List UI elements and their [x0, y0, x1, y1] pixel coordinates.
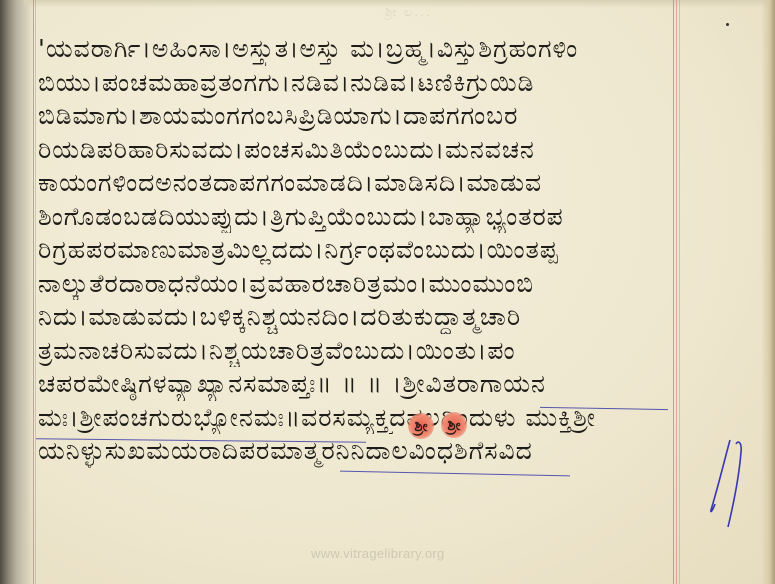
book-spine	[0, 0, 24, 584]
text-line-4: ರಿಯಡಿಪರಿಹಾರಿಸುವದು।ಪಂಚಸಮಿತಿಯೆಂಬುದು।ಮನವಚನ	[38, 133, 678, 167]
text-line-6: ಶಿಂಗೊಡಂಬಡದಿಯುಪ್ಪುದು।ತ್ರಿಗುಪ್ತಿಯೆಂಬುದು।ಬಾ…	[38, 200, 678, 234]
text-line-10: ತ್ರಮನಾಚರಿಸುವದು।ನಿಶ್ಚಯಚಾರಿತ್ರವೆಂಬುದು।ಯಿಂತ…	[38, 334, 678, 368]
text-line-7: ರಿಗ್ರಹಪರಮಾಣುಮಾತ್ರಮಿಲ್ಲದದು।ನಿರ್ಗ್ರಂಥವೆಂಬು…	[38, 233, 678, 267]
right-margin-rule-3	[679, 0, 680, 584]
text-line-1: 'ಯವರಾರ್ಗಿ।ಅಹಿಂಸಾ।ಅಸ್ತ್ರುತ।ಅಸ್ತು ಮ।ಬ್ರಹ್ಮ…	[38, 32, 678, 66]
manuscript-text: 'ಯವರಾರ್ಗಿ।ಅಹಿಂಸಾ।ಅಸ್ತ್ರುತ।ಅಸ್ತು ಮ।ಬ್ರಹ್ಮ…	[38, 32, 678, 468]
faded-pencil-note: ಶ್ರೀ ಲ...	[385, 4, 431, 20]
watermark: www.vitragelibrary.org	[311, 546, 445, 561]
ink-speck	[726, 23, 729, 26]
text-line-11: ಚಪರಮೇಷ್ಠಿಗಳವ್ಯಾಖ್ಯಾನಸಮಾಪ್ತಃ॥ ॥ ॥ ।ಶ್ರೀವಿ…	[38, 367, 678, 401]
margin-page-number-icon	[708, 432, 748, 532]
text-line-8: ನಾಲ್ಕುತೆರದಾರಾಧನೆಯಂ।ವ್ರವಹಾರಚಾರಿತ್ರಮಂ।ಮುಂಮ…	[38, 267, 678, 301]
red-ink-mark-1: ಶ್ರೀ	[408, 413, 434, 439]
pencil-underline-3	[340, 471, 570, 477]
text-line-9: ನಿದು।ಮಾಡುವದು।ಬಳಿಕ್ಕನಿಶ್ಚಯನದಿಂ।ದರಿತುಕುದ್ದ…	[38, 300, 678, 334]
red-ink-mark-2: ಶ್ರೀ	[441, 412, 467, 438]
manuscript-page: ಶ್ರೀ ಲ... 'ಯವರಾರ್ಗಿ।ಅಹಿಂಸಾ।ಅಸ್ತ್ರುತ।ಅಸ್ತ…	[0, 0, 775, 584]
page-right-edge	[761, 0, 775, 584]
text-line-3: ಬಿಡಿಮಾಗು।ಶಾಯಮಂಗಗಂಬಸಿಪ್ರಿಡಿಯಾಗು।ದಾಪಗಗಂಬರ	[38, 99, 678, 133]
text-line-2: ಬಿಯು।ಪಂಚಮಹಾವ್ರತಂಗಗು।ನಡಿವ।ನುಡಿವ।ಟಣಿಕಿಗ್ರು…	[38, 66, 678, 100]
left-margin-rule-2	[35, 0, 36, 584]
left-margin-rule	[33, 0, 34, 584]
text-line-12: ಮಃ।ಶ್ರೀಪಂಚಗುರುಭ್ಯೋನಮಃ॥ವರಸಮ್ಯಕ್ತ್ವದಫಲದಿಂದ…	[38, 401, 678, 435]
text-line-5: ಕಾಯಂಗಳಿಂದಅನಂತದಾಪಗಗಂಮಾಡದಿ।ಮಾಡಿಸದಿ।ಮಾಡುವ	[38, 166, 678, 200]
